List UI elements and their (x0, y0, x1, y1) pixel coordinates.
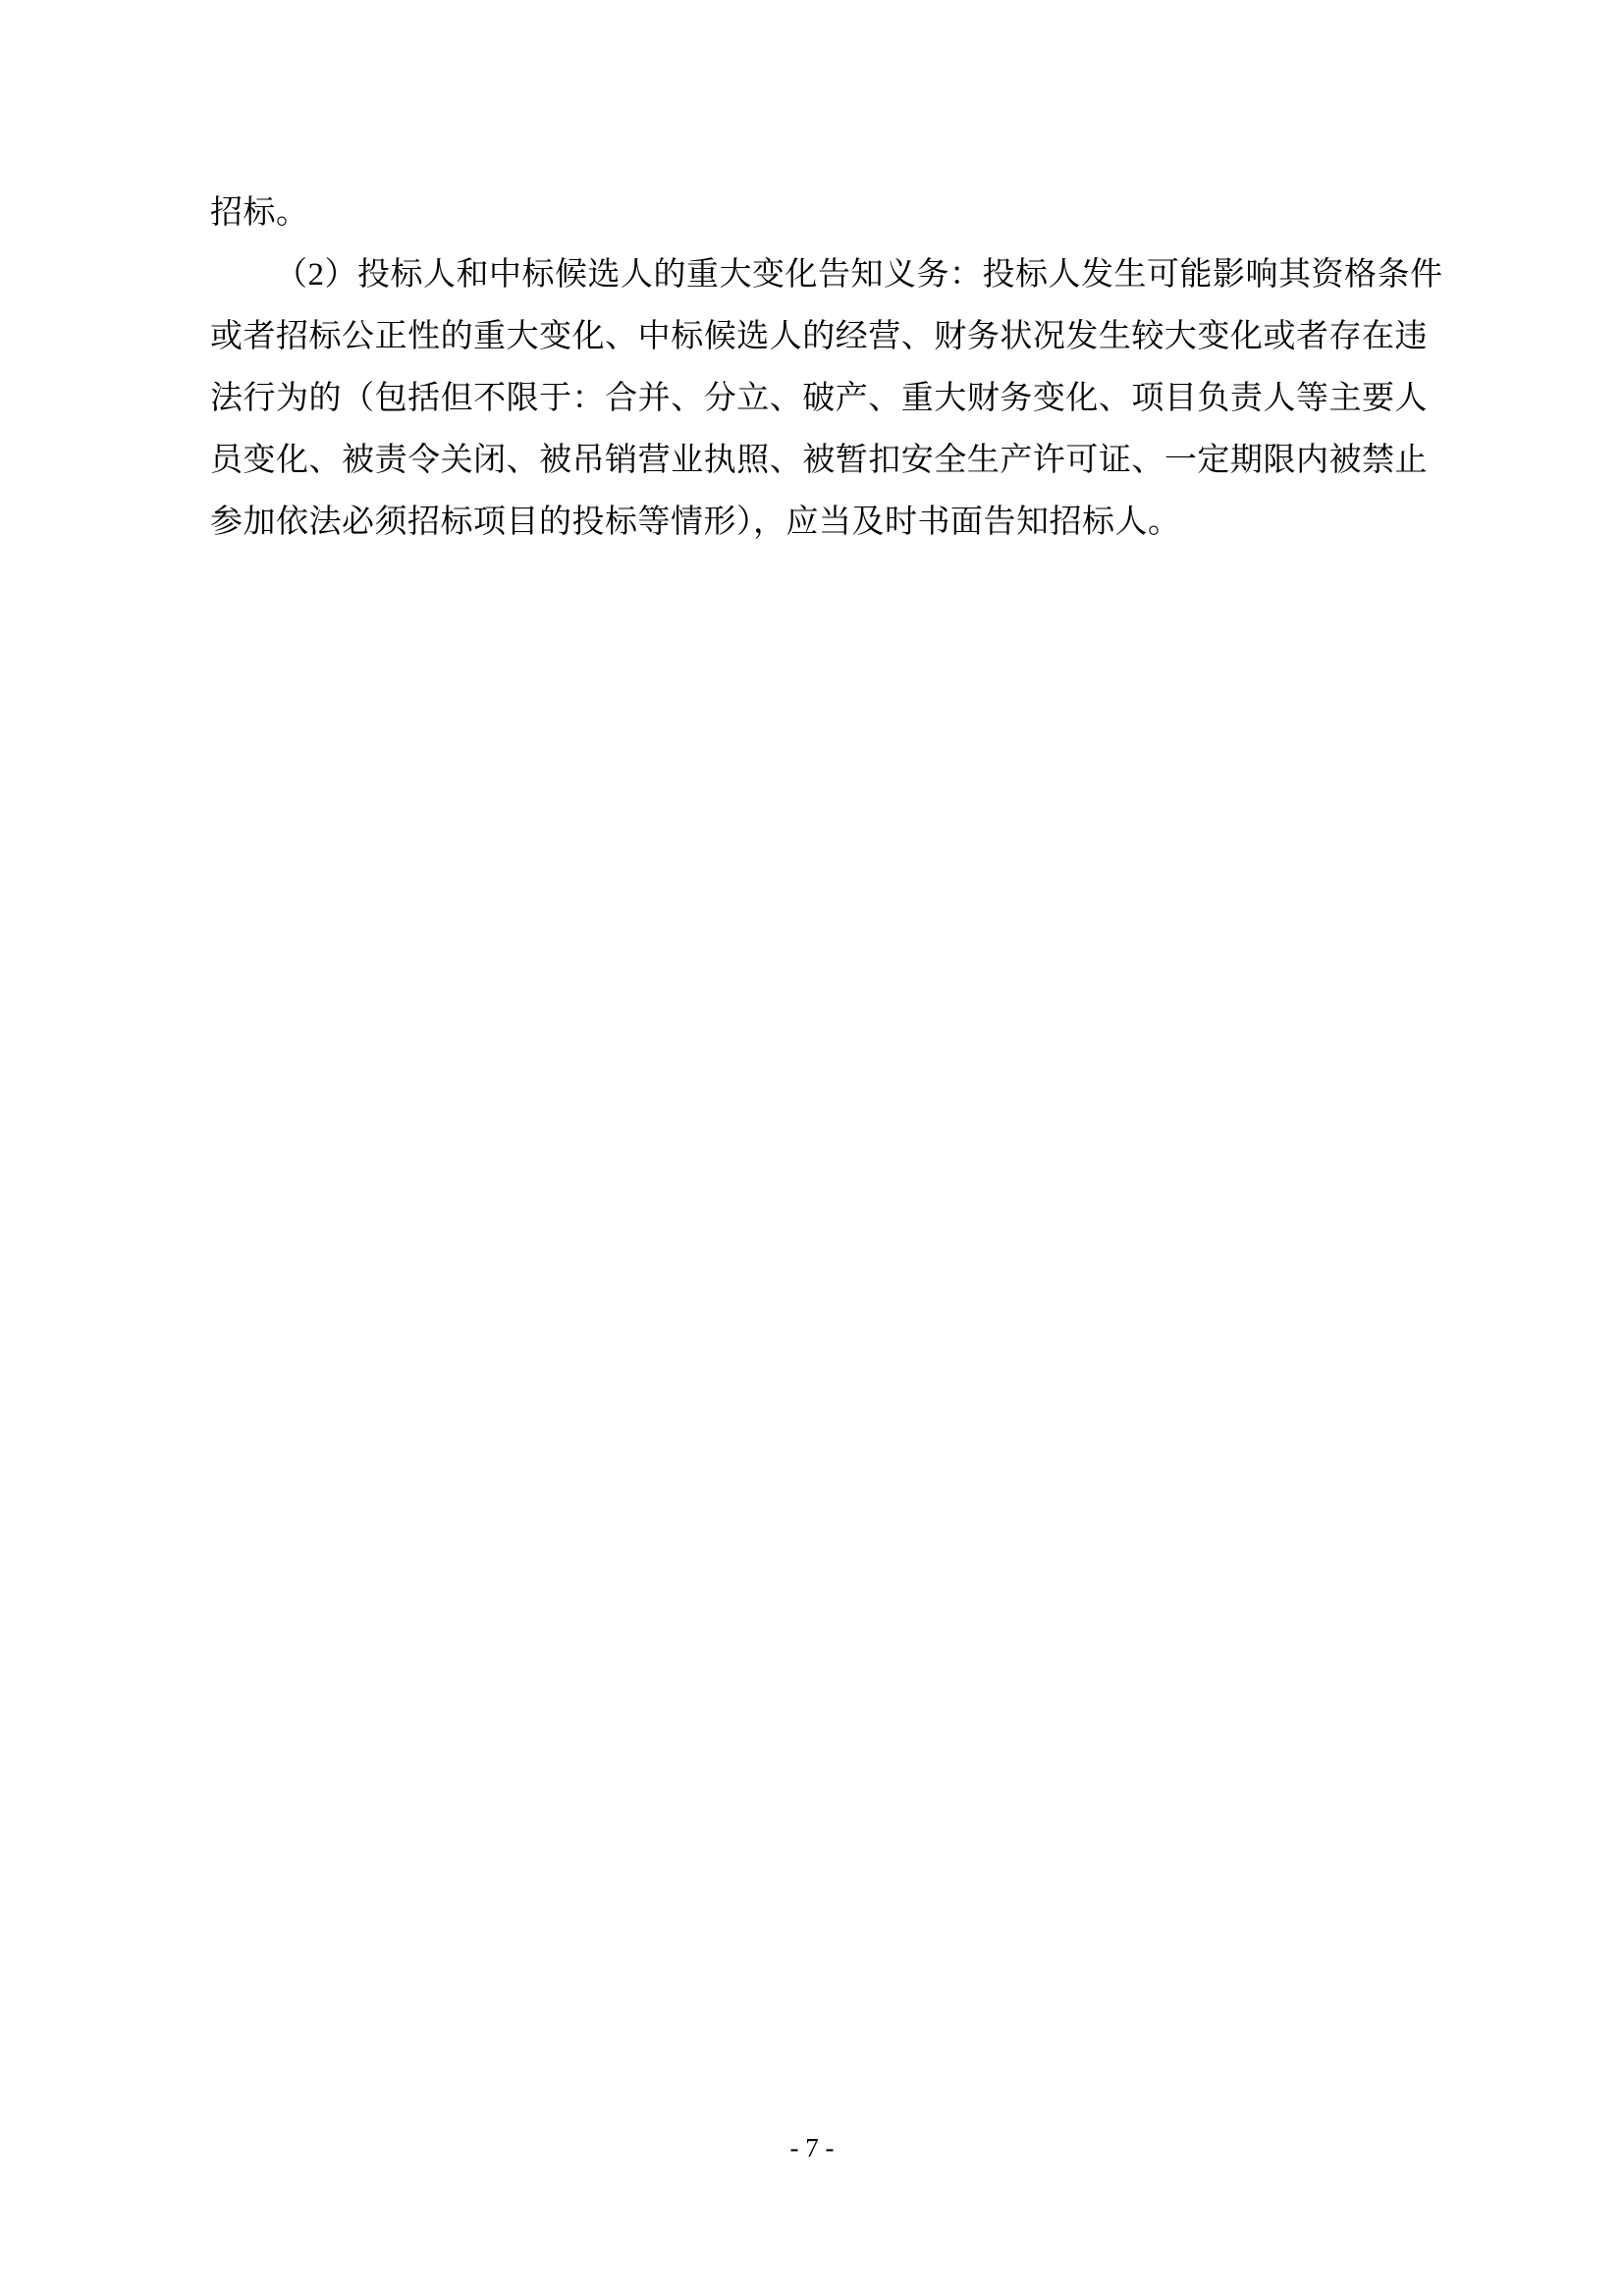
body-text-line: 员变化、被责令关闭、被吊销营业执照、被暂扣安全生产许可证、一定期限内被禁止 (210, 430, 1428, 492)
body-text-line: （2）投标人和中标候选人的重大变化告知义务：投标人发生可能影响其资格条件 (210, 244, 1428, 306)
body-text-line: 或者招标公正性的重大变化、中标候选人的经营、财务状况发生较大变化或者存在违 (210, 306, 1428, 368)
document-page: 招标。 （2）投标人和中标候选人的重大变化告知义务：投标人发生可能影响其资格条件… (0, 0, 1624, 2296)
body-text-line: 法行为的（包括但不限于：合并、分立、破产、重大财务变化、项目负责人等主要人 (210, 368, 1428, 430)
paragraph-end-line: 招标。 (210, 183, 1428, 244)
page-number: - 7 - (0, 2132, 1624, 2163)
page-body-text: 招标。 （2）投标人和中标候选人的重大变化告知义务：投标人发生可能影响其资格条件… (210, 183, 1428, 554)
body-text-line: 参加依法必须招标项目的投标等情形），应当及时书面告知招标人。 (210, 492, 1428, 554)
